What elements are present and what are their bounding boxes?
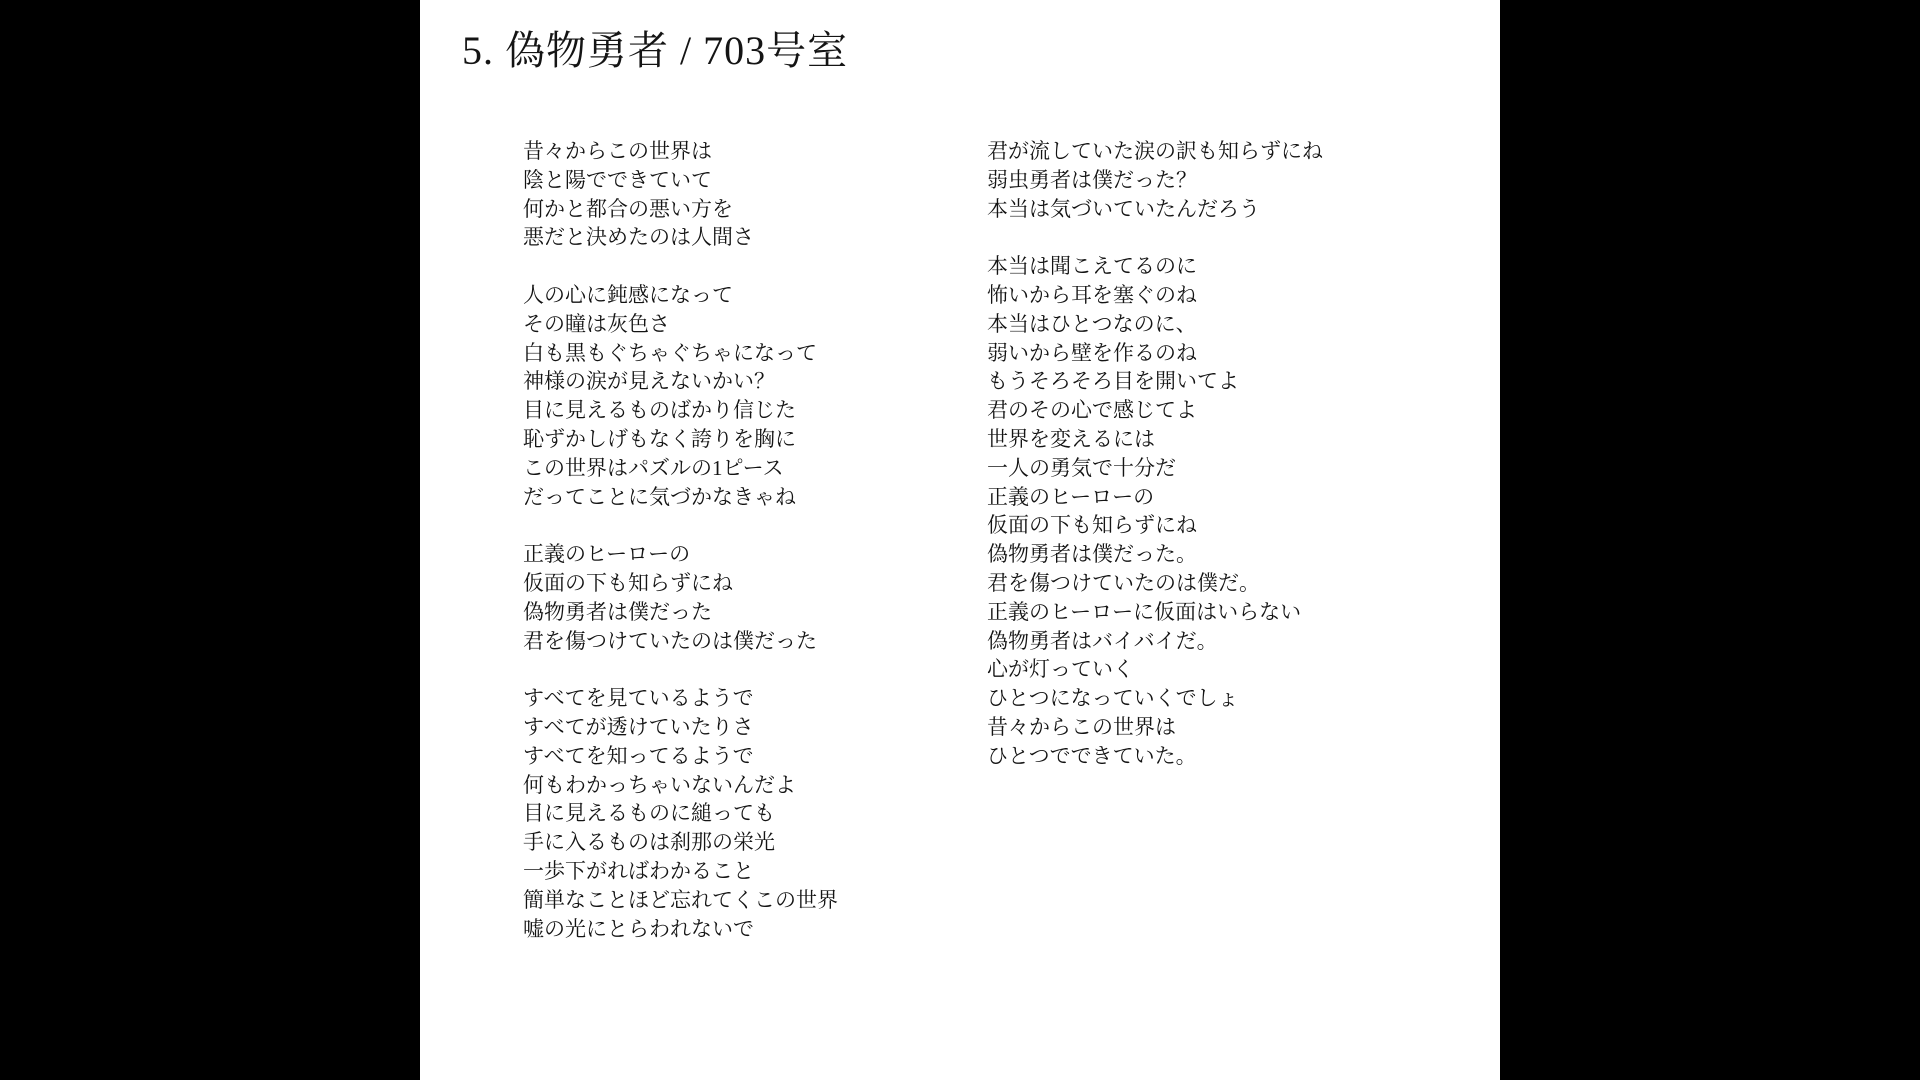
lyric-line: 世界を変えるには <box>987 425 1323 454</box>
lyric-line: この世界はパズルの1ピース <box>523 454 838 483</box>
lyric-line: すべてを知ってるようで <box>523 742 838 771</box>
lyric-line: 何かと都合の悪い方を <box>523 195 838 224</box>
lyric-line: 仮面の下も知らずにね <box>987 511 1323 540</box>
stanza: 正義のヒーローの仮面の下も知らずにね偽物勇者は僕だった君を傷つけていたのは僕だっ… <box>523 540 838 655</box>
lyric-line: 白も黒もぐちゃぐちゃになって <box>523 339 838 368</box>
lyric-line: 昔々からこの世界は <box>987 713 1323 742</box>
lyric-line: すべてが透けていたりさ <box>523 713 838 742</box>
stanza: すべてを見ているようですべてが透けていたりさすべてを知ってるようで何もわかっちゃ… <box>523 684 838 943</box>
lyric-line: 昔々からこの世界は <box>523 137 838 166</box>
lyric-line: 目に見えるものに縋っても <box>523 799 838 828</box>
lyric-line: 神様の涙が見えないかい？ <box>523 367 838 396</box>
lyric-line: 本当は気づいていたんだろう <box>987 195 1323 224</box>
lyric-line: 君が流していた涙の訳も知らずにね <box>987 137 1323 166</box>
lyric-line: 正義のヒーローの <box>523 540 838 569</box>
lyric-line: ひとつになっていくでしょ <box>987 684 1323 713</box>
lyric-line: 弱虫勇者は僕だった？ <box>987 166 1323 195</box>
lyric-line: 正義のヒーローに仮面はいらない <box>987 598 1323 627</box>
lyric-line: 偽物勇者は僕だった。 <box>987 540 1323 569</box>
lyric-line: 弱いから壁を作るのね <box>987 339 1323 368</box>
lyric-line: 何もわかっちゃいないんだよ <box>523 771 838 800</box>
lyric-line: 本当は聞こえてるのに <box>987 252 1323 281</box>
lyric-line: 偽物勇者はバイバイだ。 <box>987 627 1323 656</box>
lyric-line: ひとつでできていた。 <box>987 742 1323 771</box>
lyrics-column-right: 君が流していた涙の訳も知らずにね弱虫勇者は僕だった？本当は気づいていたんだろう本… <box>987 137 1323 799</box>
lyric-line: 陰と陽でできていて <box>523 166 838 195</box>
lyric-line: もうそろそろ目を開いてよ <box>987 367 1323 396</box>
lyrics-column-left: 昔々からこの世界は陰と陽でできていて何かと都合の悪い方を悪だと決めたのは人間さ人… <box>523 137 838 972</box>
lyric-line: 心が灯っていく <box>987 655 1323 684</box>
lyric-line: 悪だと決めたのは人間さ <box>523 223 838 252</box>
page-title: 5. 偽物勇者 / 703号室 <box>462 30 848 72</box>
stanza: 本当は聞こえてるのに怖いから耳を塞ぐのね本当はひとつなのに、弱いから壁を作るのね… <box>987 252 1323 770</box>
stanza: 昔々からこの世界は陰と陽でできていて何かと都合の悪い方を悪だと決めたのは人間さ <box>523 137 838 252</box>
lyric-line: 一人の勇気で十分だ <box>987 454 1323 483</box>
lyric-line: その瞳は灰色さ <box>523 310 838 339</box>
lyric-line: 嘘の光にとらわれないで <box>523 915 838 944</box>
lyric-line: 君を傷つけていたのは僕だ。 <box>987 569 1323 598</box>
stanza: 人の心に鈍感になってその瞳は灰色さ白も黒もぐちゃぐちゃになって神様の涙が見えない… <box>523 281 838 511</box>
lyric-line: 怖いから耳を塞ぐのね <box>987 281 1323 310</box>
lyric-line: 正義のヒーローの <box>987 483 1323 512</box>
stanza: 君が流していた涙の訳も知らずにね弱虫勇者は僕だった？本当は気づいていたんだろう <box>987 137 1323 223</box>
lyric-line: 人の心に鈍感になって <box>523 281 838 310</box>
lyric-line: 君のその心で感じてよ <box>987 396 1323 425</box>
screen: 5. 偽物勇者 / 703号室 昔々からこの世界は陰と陽でできていて何かと都合の… <box>0 0 1920 1080</box>
lyric-line: 君を傷つけていたのは僕だった <box>523 627 838 656</box>
lyric-line: 本当はひとつなのに、 <box>987 310 1323 339</box>
lyric-line: すべてを見ているようで <box>523 684 838 713</box>
lyric-line: 手に入るものは刹那の栄光 <box>523 828 838 857</box>
document-page: 5. 偽物勇者 / 703号室 昔々からこの世界は陰と陽でできていて何かと都合の… <box>420 0 1500 1080</box>
lyric-line: 目に見えるものばかり信じた <box>523 396 838 425</box>
lyric-line: 偽物勇者は僕だった <box>523 598 838 627</box>
lyric-line: 一歩下がればわかること <box>523 857 838 886</box>
lyric-line: だってことに気づかなきゃね <box>523 483 838 512</box>
lyric-line: 恥ずかしげもなく誇りを胸に <box>523 425 838 454</box>
lyric-line: 仮面の下も知らずにね <box>523 569 838 598</box>
lyric-line: 簡単なことほど忘れてくこの世界 <box>523 886 838 915</box>
